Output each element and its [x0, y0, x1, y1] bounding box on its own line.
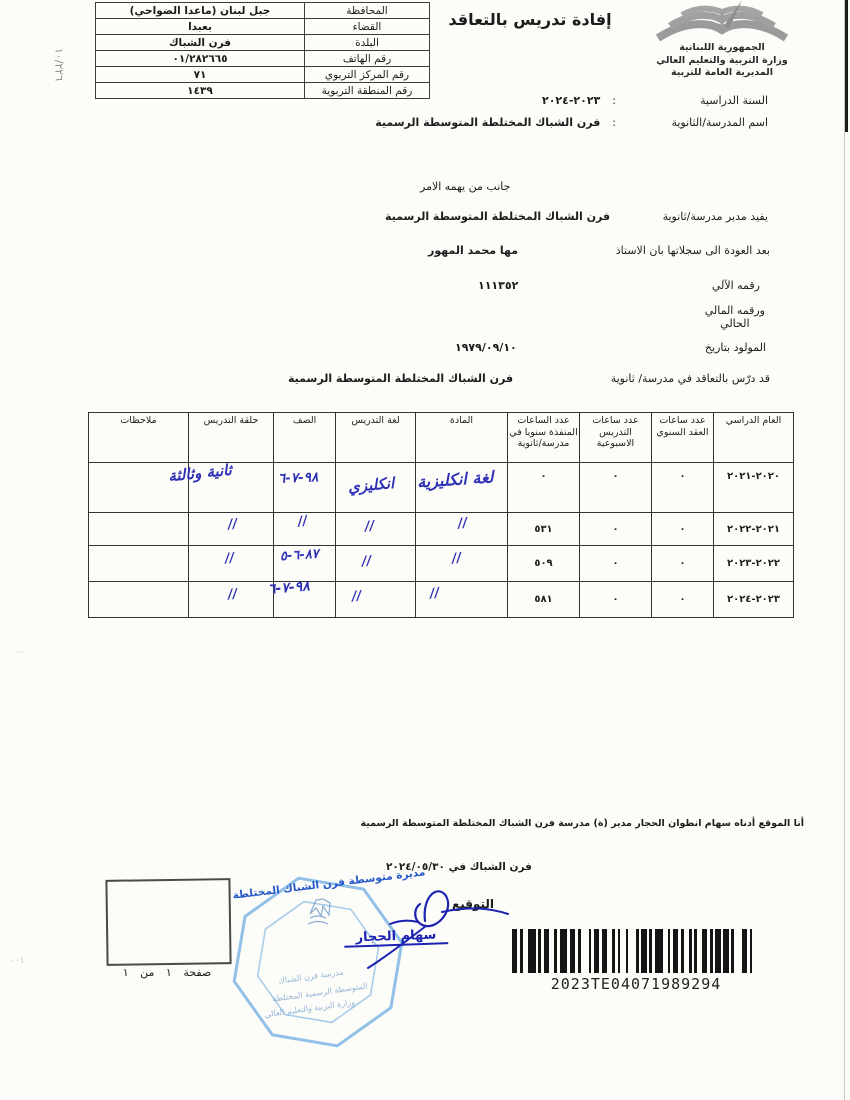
finance-number-label-line2: الحالي — [705, 317, 765, 330]
handwritten-cycle-row4: // — [227, 586, 238, 602]
district-label: القضاء — [305, 19, 430, 35]
table-row: رقم المنطقة التربوية ١٤٣٩ — [96, 83, 430, 99]
center-number-value: ٧١ — [96, 67, 305, 83]
table-row-2021-2022: ٢٠٢١-٢٠٢٢ ٠ ٠ ٥٣١ — [89, 513, 794, 546]
notes-cell — [89, 513, 189, 546]
teacher-name: مها محمد المهور — [428, 244, 518, 257]
header-notes: ملاحظات — [89, 413, 189, 463]
handwritten-cycle-row2: // — [227, 516, 238, 532]
ministry-header: الجمهورية اللبنانية وزارة التربية والتعل… — [638, 42, 806, 80]
governorate-value: جبل لبنان (ماعدا الضواحي) — [96, 3, 305, 19]
handwritten-language-row2: // — [364, 519, 375, 535]
center-number-label: رقم المركز التربوي — [305, 67, 430, 83]
contract-hours-cell: ٠ — [652, 582, 714, 618]
taught-by-contract-label: قد درّس بالتعاقد في مدرسة/ ثانوية — [611, 372, 770, 385]
finance-number-label-line1: ورقمه المالي — [705, 304, 765, 317]
header-annual-contract-hours: عدد ساعات العقد السنوي — [652, 413, 714, 463]
finance-number-label: ورقمه المالي الحالي — [705, 304, 765, 330]
table-row-2022-2023: ٢٠٢٢-٢٠٢٣ ٠ ٠ ٥٠٩ — [89, 546, 794, 582]
handwritten-cycle-row3: // — [224, 550, 235, 566]
header-teaching-cycle: حلقة التدريس — [189, 413, 274, 463]
handwritten-grades-row3: ٨٧-٦-٥ — [280, 547, 320, 565]
ministry-name: وزارة التربية والتعليم العالي — [638, 55, 806, 68]
school-name-line: اسم المدرسة/الثانوية:فرن الشباك المختلطة… — [375, 116, 768, 129]
language-cell — [336, 546, 416, 582]
phone-label: رقم الهاتف — [305, 51, 430, 67]
principal-school-name: فرن الشباك المختلطة المتوسطة الرسمية — [385, 210, 610, 223]
table-row: رقم الهاتف ٠١/٢٨٢٦٦٥ — [96, 51, 430, 67]
year-cell: ٢٠٢٣-٢٠٢٤ — [714, 582, 794, 618]
governorate-label: المحافظة — [305, 3, 430, 19]
handwritten-subject-row3: // — [451, 550, 462, 566]
auto-number-label: رقمه الآلي — [712, 279, 760, 292]
notes-cell — [89, 582, 189, 618]
executed-hours-cell: ٥٨١ — [508, 582, 580, 618]
town-value: فرن الشباك — [96, 35, 305, 51]
weekly-hours-cell: ٠ — [580, 463, 652, 513]
teaching-history-table: العام الدراسي عدد ساعات العقد السنوي عدد… — [88, 412, 794, 618]
barcode: 2023TE04071989294 — [512, 929, 760, 993]
republic-name: الجمهورية اللبنانية — [638, 42, 806, 55]
district-value: بعبدا — [96, 19, 305, 35]
handwritten-subject-row2: // — [457, 515, 468, 531]
header-subject: المادة — [416, 413, 508, 463]
page-title: إفادة تدريس بالتعاقد — [415, 10, 645, 29]
to-whom-line: جانب من يهمه الامر — [420, 180, 510, 193]
principal-certifies-label: يفيد مدير مدرسة/ثانوية — [663, 210, 768, 223]
executed-hours-cell: ٠ — [508, 463, 580, 513]
executed-hours-cell: ٥٠٩ — [508, 546, 580, 582]
contract-hours-cell: ٠ — [652, 463, 714, 513]
location-info-table: المحافظة جبل لبنان (ماعدا الضواحي) القضا… — [95, 2, 430, 99]
year-cell: ٢٠٢١-٢٠٢٢ — [714, 513, 794, 546]
region-number-value: ١٤٣٩ — [96, 83, 305, 99]
empty-stamp-box — [105, 878, 231, 966]
year-cell: ٢٠٢٢-٢٠٢٣ — [714, 546, 794, 582]
school-year-value: ٢٠٢٣-٢٠٢٤ — [542, 94, 600, 107]
region-number-label: رقم المنطقة التربوية — [305, 83, 430, 99]
scan-noise-dots: ··· — [16, 648, 25, 658]
birth-date-label: المولود بتاريخ — [705, 341, 766, 354]
table-row: القضاء بعبدا — [96, 19, 430, 35]
signature-flourish-icon — [330, 876, 520, 976]
contract-hours-cell: ٠ — [652, 513, 714, 546]
table-row: رقم المركز التربوي ٧١ — [96, 67, 430, 83]
birth-date-value: ١٩٧٩/٠٩/١٠ — [455, 341, 517, 354]
executed-hours-cell: ٥٣١ — [508, 513, 580, 546]
phone-value: ٠١/٢٨٢٦٦٥ — [96, 51, 305, 67]
records-check-label: بعد العودة الى سجلاتها بان الاستاذ — [616, 244, 770, 257]
header-school-year: العام الدراسي — [714, 413, 794, 463]
barcode-number: 2023TE04071989294 — [512, 975, 760, 993]
handwritten-grades-row2: // — [297, 513, 309, 529]
school-year-line: السنة الدراسية:٢٠٢٣-٢٠٢٤ — [542, 94, 768, 107]
handwritten-language-row3: // — [361, 554, 372, 570]
scan-edge-light — [844, 0, 845, 1100]
scan-noise-mark: ٠٠١ — [10, 956, 25, 966]
scan-edge-dark — [845, 0, 848, 132]
contract-hours-cell: ٠ — [652, 546, 714, 582]
language-cell — [336, 513, 416, 546]
open-book-pen-logo-icon — [650, 0, 795, 42]
page-number-label: صفحة ١ من ١ — [112, 966, 222, 979]
handwritten-subject-row4: // — [429, 585, 440, 601]
principal-declaration: أنا الموقع أدناه سهام انطوان الحجار مدير… — [361, 818, 804, 829]
school-name-value: فرن الشباك المختلطة المتوسطة الرسمية — [375, 116, 600, 129]
table-header-row: العام الدراسي عدد ساعات العقد السنوي عدد… — [89, 413, 794, 463]
signature-name: سهام الحجار — [344, 927, 449, 948]
town-label: البلدة — [305, 35, 430, 51]
margin-pencil-note: ١٠/٢٢٦ — [53, 42, 66, 88]
header-weekly-teaching-hours: عدد ساعات التدريس الاسبوعية — [580, 413, 652, 463]
header-executed-hours: عدد الساعات المنفذة سنويا في مدرسة/ثانوي… — [508, 413, 580, 463]
year-cell: ٢٠٢٠-٢٠٢١ — [714, 463, 794, 513]
weekly-hours-cell: ٠ — [580, 582, 652, 618]
school-year-label: السنة الدراسية — [616, 94, 768, 107]
weekly-hours-cell: ٠ — [580, 546, 652, 582]
notes-cell — [89, 546, 189, 582]
barcode-bars-icon — [512, 929, 760, 973]
language-cell — [336, 582, 416, 618]
weekly-hours-cell: ٠ — [580, 513, 652, 546]
handwritten-grades-row1: ٩٨-٧-٦ — [278, 469, 319, 486]
table-row: البلدة فرن الشباك — [96, 35, 430, 51]
scanned-document-page: ··· ٠٠١ ١٠/٢٢٦ المحافظة جبل لبنان (ماعدا… — [0, 0, 850, 1100]
table-row: المحافظة جبل لبنان (ماعدا الضواحي) — [96, 3, 430, 19]
auto-number-value: ١١١٣٥٢ — [478, 279, 518, 292]
taught-school-name: فرن الشباك المختلطة المتوسطة الرسمية — [288, 372, 513, 385]
handwritten-language-row4: // — [351, 589, 362, 605]
header-teaching-language: لغة التدريس — [336, 413, 416, 463]
school-name-label: اسم المدرسة/الثانوية — [616, 116, 768, 129]
header-grade: الصف — [274, 413, 336, 463]
directorate-name: المديرية العامة للتربية — [638, 67, 806, 80]
